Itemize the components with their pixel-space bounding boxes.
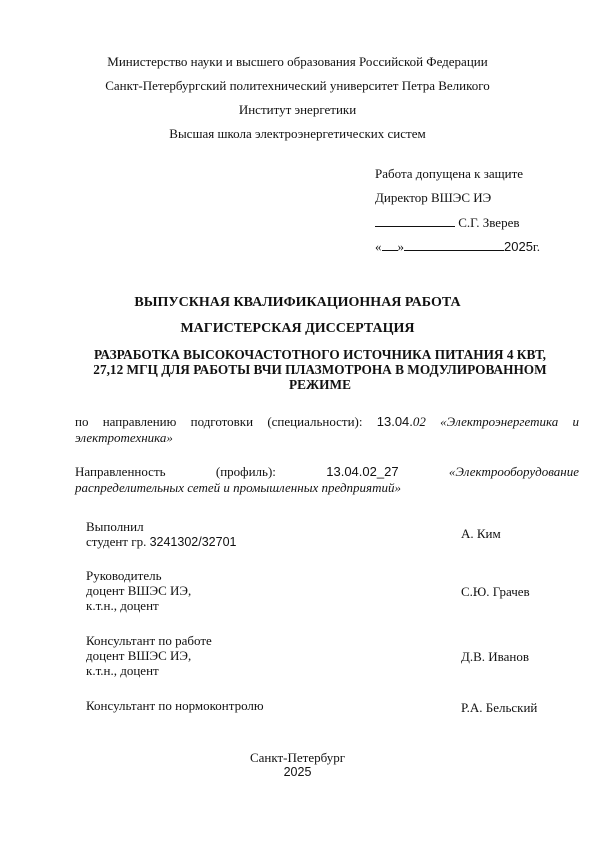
approval-date-line: «»2025г. xyxy=(375,238,540,255)
position: доцент ВШЭС ИЭ, xyxy=(86,583,191,598)
footer-city: Санкт-Петербург xyxy=(0,750,595,765)
profile-label-2: (профиль): xyxy=(216,464,276,480)
role: Руководитель xyxy=(86,568,191,583)
footer-year: 2025 xyxy=(0,765,595,780)
word: по xyxy=(75,414,88,430)
theme-line-1: РАЗРАБОТКА ВЫСОКОЧАСТОТНОГО ИСТОЧНИКА ПИ… xyxy=(70,347,570,362)
degree: к.т.н., доцент xyxy=(86,598,191,613)
direction-line-1: по направлению подготовки (специальности… xyxy=(75,414,579,430)
theme-line-2: 27,12 МГЦ ДЛЯ РАБОТЫ ВЧИ ПЛАЗМОТРОНА В М… xyxy=(70,362,570,377)
signature-block-consultant: Консультант по работе доцент ВШЭС ИЭ, к.… xyxy=(86,633,212,678)
role: Консультант по работе xyxy=(86,633,212,648)
normcontrol-name: Р.А. Бельский xyxy=(461,700,537,715)
approval-signer: С.Г. Зверев xyxy=(458,215,519,230)
work-type-title: ВЫПУСКНАЯ КВАЛИФИКАЦИОННАЯ РАБОТА xyxy=(0,295,595,311)
word: (специальности): xyxy=(267,414,362,430)
student-name: А. Ким xyxy=(461,526,501,541)
approval-signature-line: С.Г. Зверев xyxy=(375,214,519,231)
approval-year: 2025 xyxy=(504,239,533,254)
word: подготовки xyxy=(191,414,253,430)
profile-line-2: распределительных сетей и промышленных п… xyxy=(75,480,579,496)
school-line: Высшая школа электроэнергетических систе… xyxy=(0,126,595,142)
signature-block-normcontrol: Консультант по нормоконтролю xyxy=(86,698,264,713)
day-blank xyxy=(382,238,398,251)
signature-blank xyxy=(375,214,455,227)
year-suffix: г. xyxy=(533,239,540,254)
code-suffix: 02 xyxy=(413,414,426,429)
position: доцент ВШЭС ИЭ, xyxy=(86,648,212,663)
university-line: Санкт-Петербургский политехнический унив… xyxy=(0,78,595,94)
theme-line-3: РЕЖИМЕ xyxy=(70,377,570,392)
month-blank xyxy=(404,238,504,251)
direction-code: 13.04.02 xyxy=(377,414,426,430)
supervisor-name: С.Ю. Грачев xyxy=(461,584,530,599)
group-number: 3241302/32701 xyxy=(150,535,237,549)
theme-title: РАЗРАБОТКА ВЫСОКОЧАСТОТНОГО ИСТОЧНИКА ПИ… xyxy=(70,347,570,392)
institute-line: Институт энергетики xyxy=(0,102,595,118)
degree-title: МАГИСТЕРСКАЯ ДИССЕРТАЦИЯ xyxy=(0,321,595,337)
profile-label: Направленность xyxy=(75,464,166,480)
group: студент гр. 3241302/32701 xyxy=(86,534,236,550)
profile-code: 13.04.02_27 xyxy=(326,464,398,480)
word: и xyxy=(573,414,580,430)
direction-paragraph: по направлению подготовки (специальности… xyxy=(75,414,579,446)
degree: к.т.н., доцент xyxy=(86,663,212,678)
signature-block-supervisor: Руководитель доцент ВШЭС ИЭ, к.т.н., доц… xyxy=(86,568,191,613)
ministry-line: Министерство науки и высшего образования… xyxy=(0,54,595,70)
direction-line-2: электротехника» xyxy=(75,430,579,446)
approval-line: Работа допущена к защите xyxy=(375,166,523,182)
code-prefix: 13.04. xyxy=(377,414,413,429)
role: Консультант по нормоконтролю xyxy=(86,698,264,713)
profile-paragraph: Направленность (профиль): 13.04.02_27 «Э… xyxy=(75,464,579,496)
profile-name-1: «Электрооборудование xyxy=(449,464,579,480)
consultant-name: Д.В. Иванов xyxy=(461,649,529,664)
group-text: студент гр. xyxy=(86,534,150,549)
approval-director: Директор ВШЭС ИЭ xyxy=(375,190,491,206)
word: «Электроэнергетика xyxy=(440,414,558,430)
word: направлению xyxy=(103,414,177,430)
signature-block-student: Выполнил студент гр. 3241302/32701 xyxy=(86,519,236,550)
role: Выполнил xyxy=(86,519,236,534)
profile-line-1: Направленность (профиль): 13.04.02_27 «Э… xyxy=(75,464,579,480)
